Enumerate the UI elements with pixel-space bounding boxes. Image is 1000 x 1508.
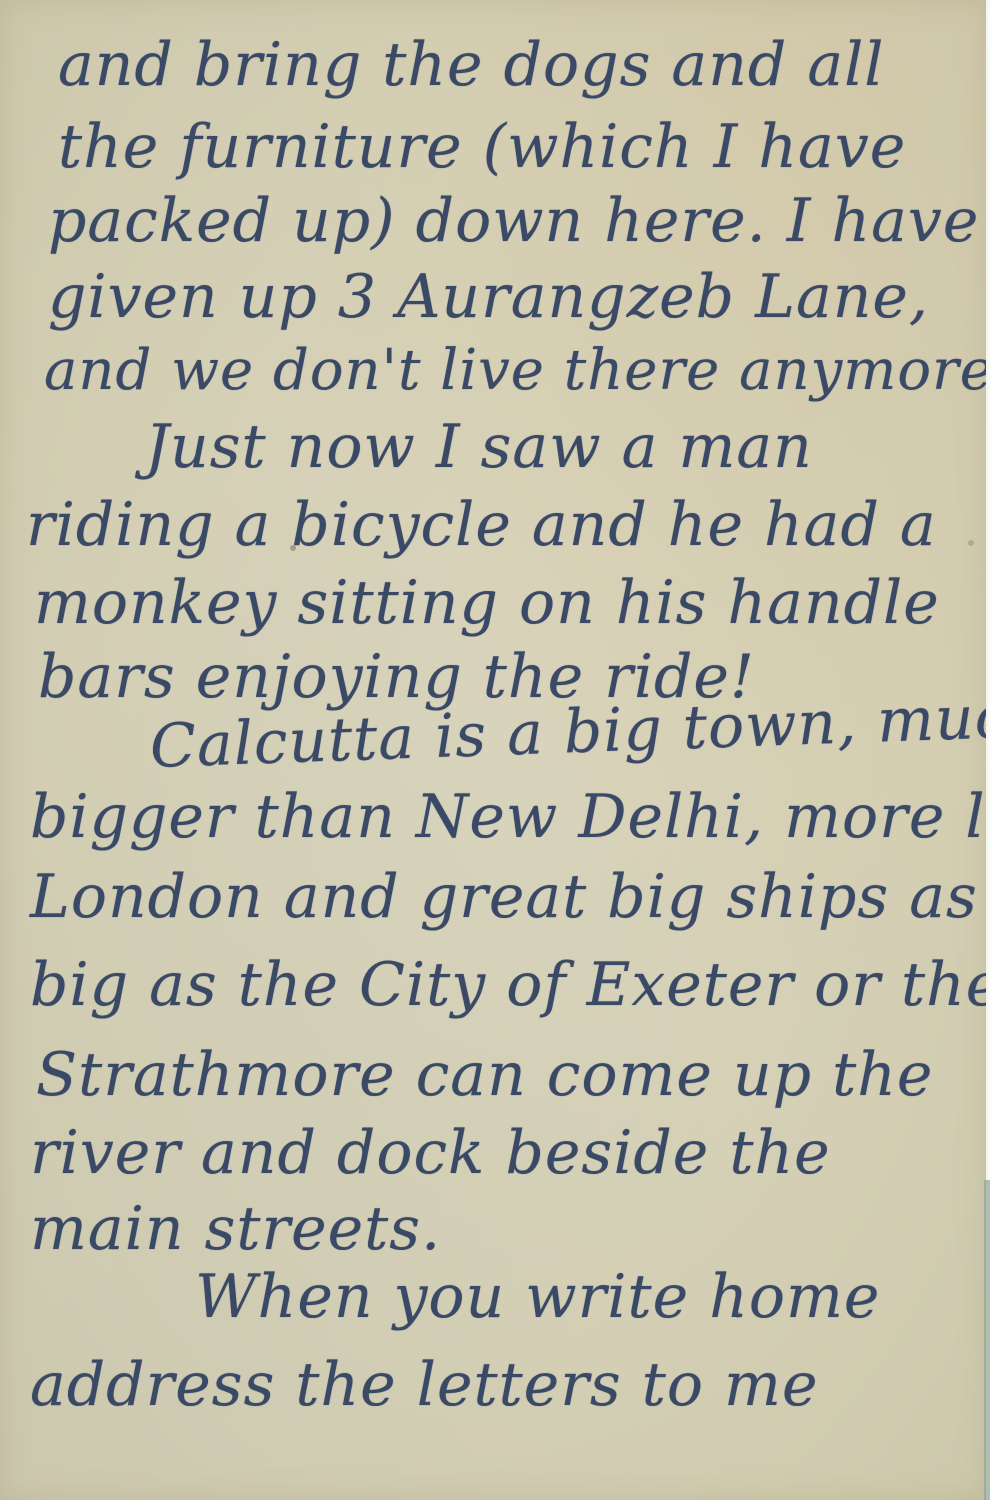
page-edge-shadow: [984, 1180, 990, 1500]
letter-line-16: main streets.: [30, 1194, 441, 1264]
letter-paper: and bring the dogs and all the furniture…: [0, 0, 988, 1500]
letter-line-14: Strathmore can come up the: [36, 1040, 933, 1110]
letter-line-15: river and dock beside the: [30, 1118, 831, 1188]
letter-line-13: big as the City of Exeter or the: [30, 950, 1000, 1020]
letter-line-6: Just now I saw a man: [145, 412, 813, 482]
letter-line-17: When you write home: [195, 1262, 880, 1332]
letter-line-8: monkey sitting on his handle: [34, 568, 940, 638]
letter-line-3: packed up) down here. I have: [48, 186, 979, 256]
letter-line-5: and we don't live there anymore.: [44, 338, 1000, 403]
letter-line-18: address the letters to me: [30, 1350, 818, 1420]
letter-line-11: bigger than New Delhi, more like: [30, 782, 1000, 852]
page-edge-bottom: [0, 1500, 1000, 1508]
paper-stain: [968, 540, 974, 546]
letter-line-12: London and great big ships as: [30, 862, 978, 932]
letter-line-7: riding a bicycle and he had a: [26, 490, 937, 560]
letter-line-4: given up 3 Aurangzeb Lane,: [48, 262, 929, 332]
letter-line-1: and bring the dogs and all: [58, 30, 884, 100]
letter-line-2: the furniture (which I have: [58, 112, 906, 182]
